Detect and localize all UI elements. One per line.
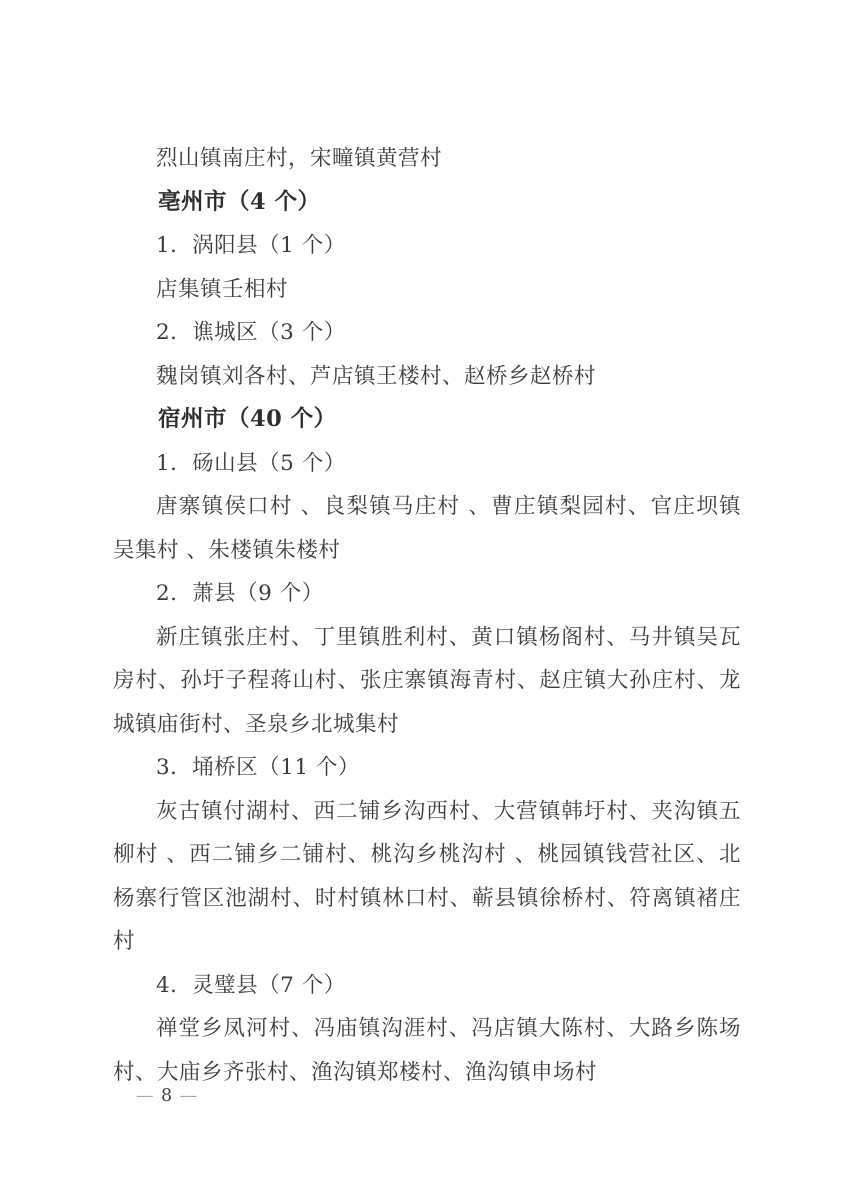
document-page: 烈山镇南庄村，宋疃镇黄营村 亳州市（4 个） 1．涡阳县（1 个） 店集镇壬相村… [0,0,848,1200]
village-list-lingbi: 禅堂乡凤河村、冯庙镇沟涯村、冯店镇大陈村、大路乡陈场村、大庙乡齐张村、渔沟镇郑楼… [113,1007,741,1094]
document-text-block: 烈山镇南庄村，宋疃镇黄营村 亳州市（4 个） 1．涡阳县（1 个） 店集镇壬相村… [113,137,741,1094]
county-item-xiaoxian: 2．萧县（9 个） [113,572,741,616]
village-list-qiaocheng: 魏岗镇刘各村、芦店镇王楼村、赵桥乡赵桥村 [113,355,741,399]
county-item-yongqiao: 3．埇桥区（11 个） [113,746,741,790]
village-list-lieshan: 烈山镇南庄村，宋疃镇黄营村 [113,137,741,181]
village-list-yongqiao: 灰古镇付湖村、西二铺乡沟西村、大营镇韩圩村、夹沟镇五柳村 、西二铺乡二铺村、桃沟… [113,790,741,964]
page-number: 8 [161,1086,175,1106]
county-item-dangshan: 1．砀山县（5 个） [113,442,741,486]
county-item-qiaocheng: 2．谯城区（3 个） [113,311,741,355]
county-item-guoyang: 1．涡阳县（1 个） [113,224,741,268]
village-list-guoyang: 店集镇壬相村 [113,268,741,312]
county-item-lingbi: 4．灵璧县（7 个） [113,964,741,1008]
village-list-xiaoxian: 新庄镇张庄村、丁里镇胜利村、黄口镇杨阁村、马井镇吴瓦房村、孙圩子程蒋山村、张庄寨… [113,616,741,747]
village-list-dangshan: 唐寨镇侯口村 、良梨镇马庄村 、曹庄镇梨园村、官庄坝镇吴集村 、朱楼镇朱楼村 [113,485,741,572]
city-heading-suzhou: 宿州市（40 个） [113,398,741,442]
footer-dash-right: — [180,1086,200,1106]
footer-dash-left: — [136,1086,156,1106]
city-heading-bozhou: 亳州市（4 个） [113,181,741,225]
page-footer: —8— [136,1086,200,1106]
